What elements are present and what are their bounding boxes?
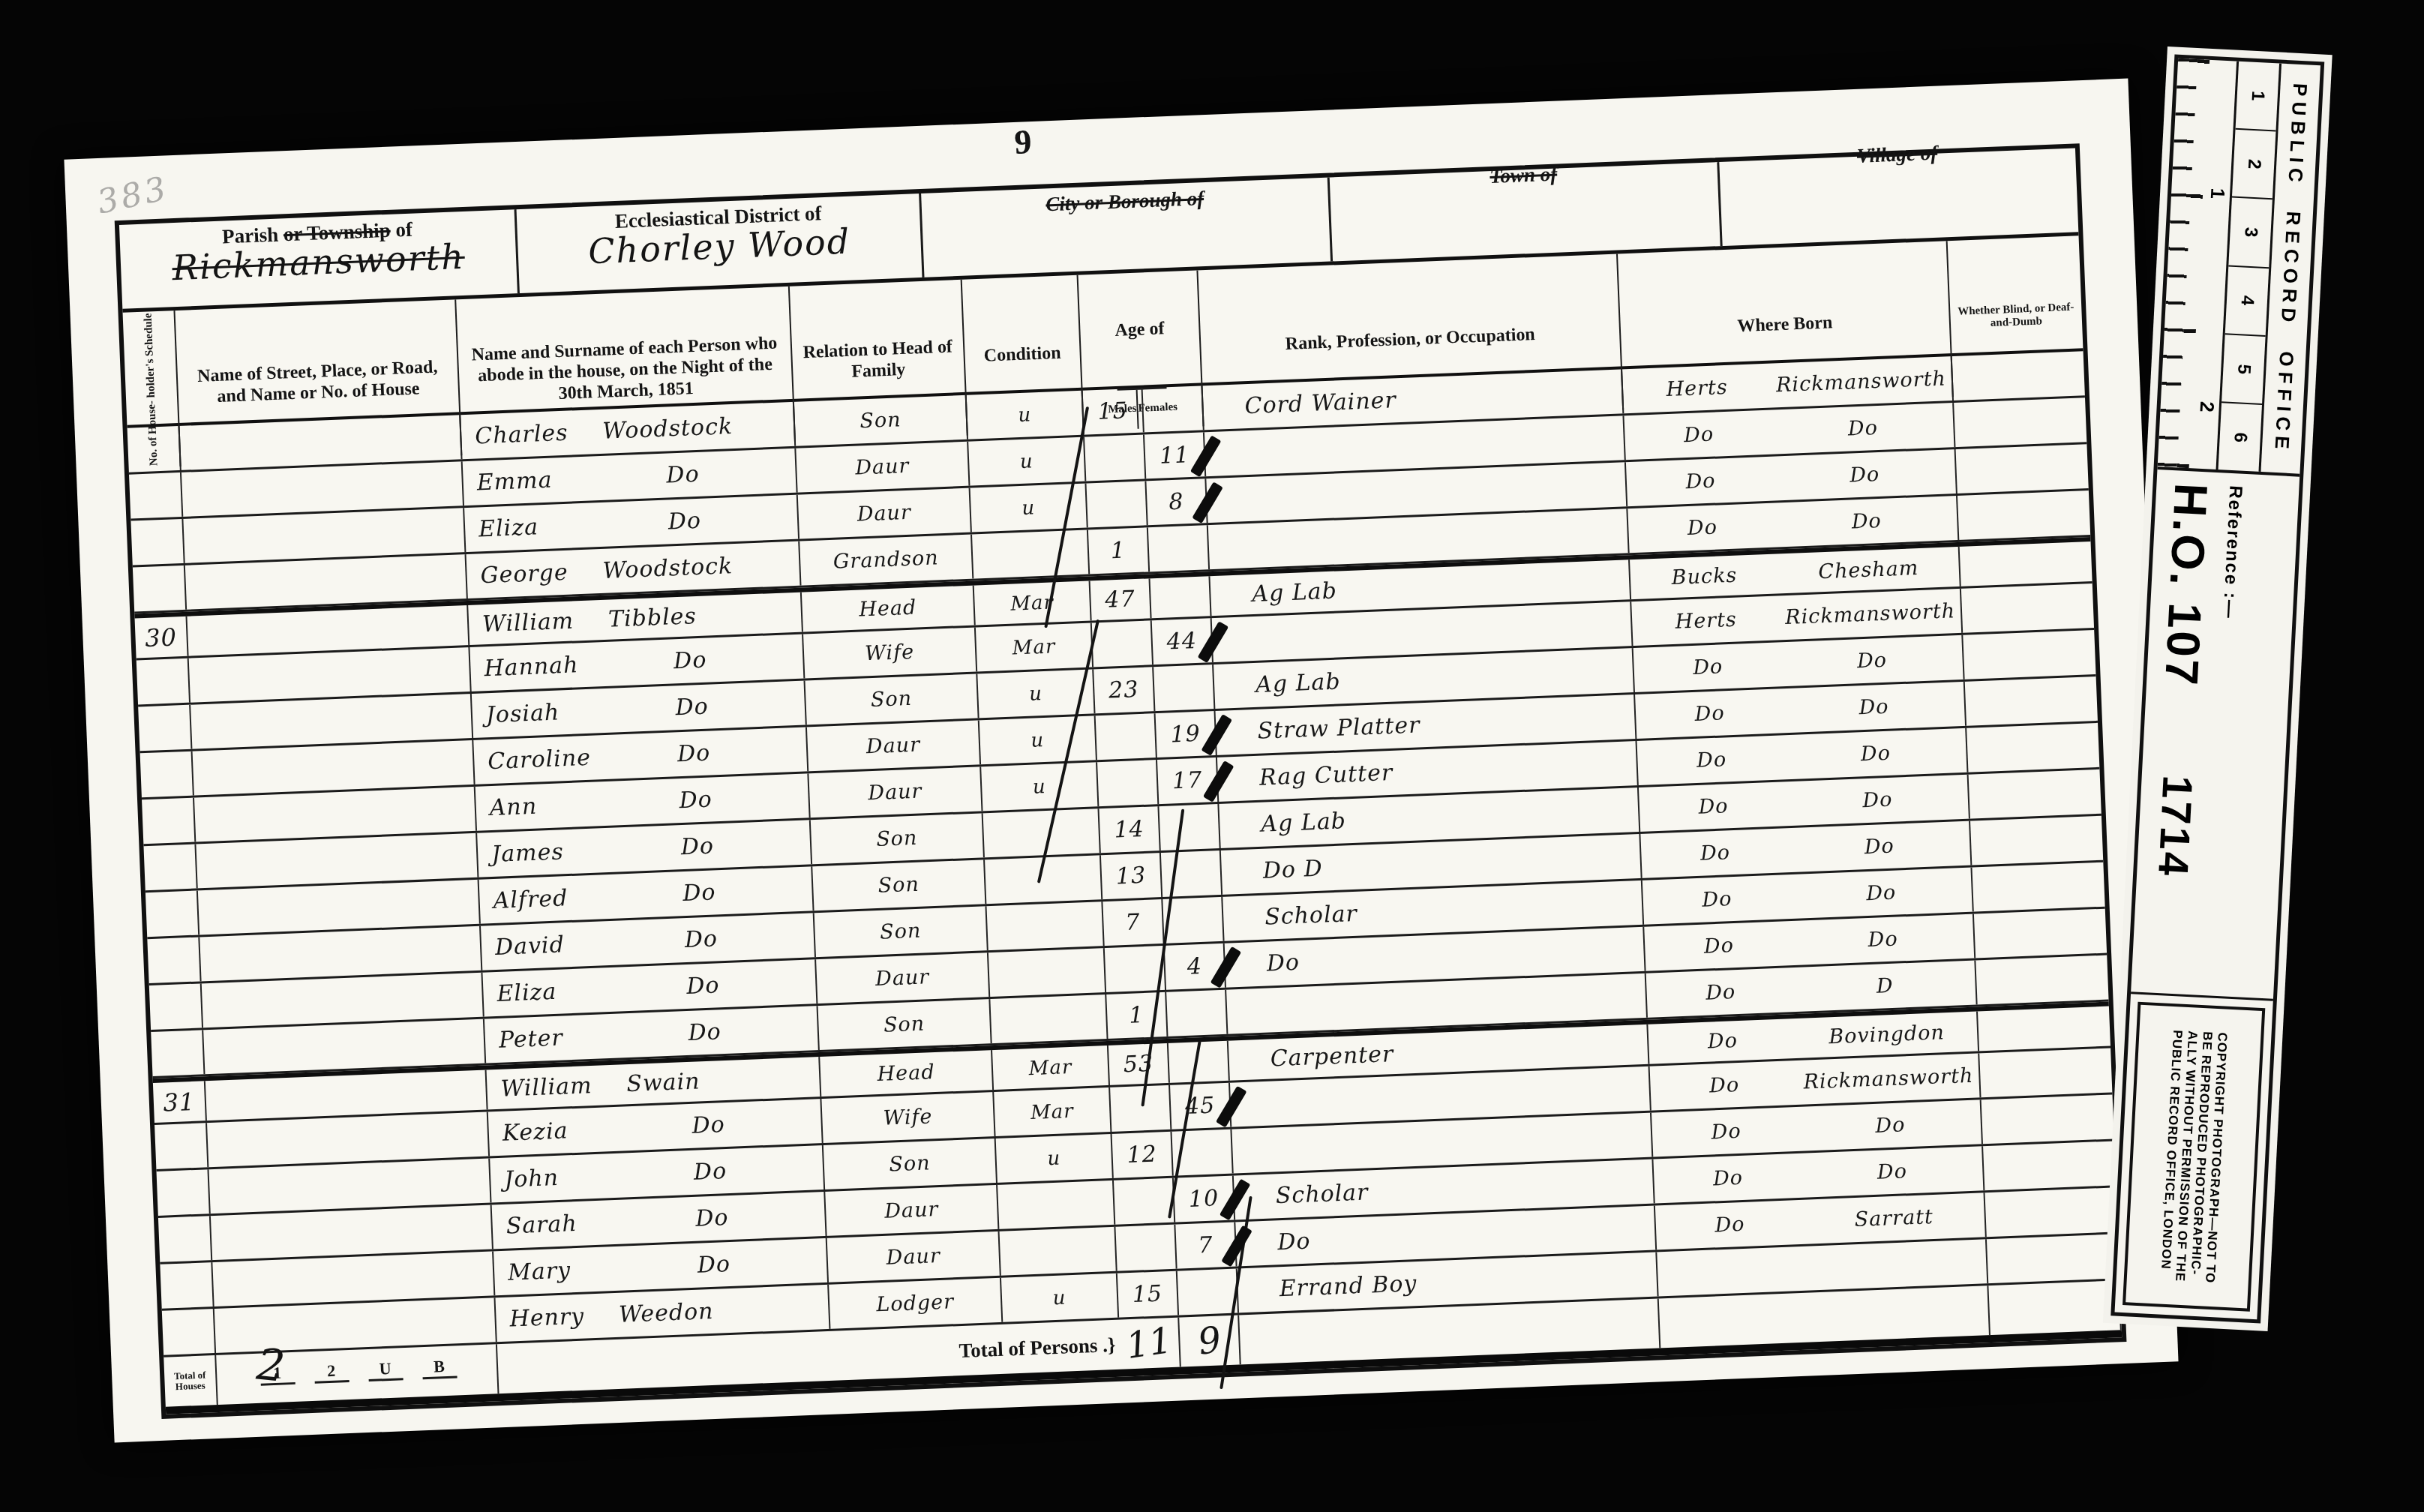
born-place: Do <box>1799 1110 1981 1140</box>
born-place: Sarratt <box>1803 1203 1984 1233</box>
relation-cell: Daur <box>816 952 990 1003</box>
houses-written-total: 2 <box>254 1338 287 1391</box>
age-males-cell <box>1115 1225 1177 1271</box>
blind-deaf-cell <box>1979 1048 2112 1098</box>
total-males-value: 11 <box>1123 1319 1174 1367</box>
cm-box: 5 <box>2221 334 2266 405</box>
given-name: Ann <box>489 793 538 821</box>
town-cell: Town of <box>1330 162 1723 261</box>
houses-mark: 2 <box>313 1360 349 1384</box>
age-females-cell <box>1148 525 1210 571</box>
relation-value: Wife <box>883 1105 933 1130</box>
surname: Do <box>697 1251 730 1279</box>
given-name: William <box>482 608 574 638</box>
given-name: Emma <box>476 467 553 496</box>
total-houses-label: Total of Houses <box>164 1369 216 1393</box>
inch-number: 1 <box>2206 187 2230 199</box>
born-county: Do <box>1655 1210 1804 1240</box>
born-place: Bovingdon <box>1796 1019 1978 1049</box>
condition-value: u <box>1018 403 1032 427</box>
cm-number: 2 <box>2243 158 2265 169</box>
age-males-cell <box>1097 760 1159 806</box>
corner-pencil-mark: 383 <box>94 169 172 222</box>
born-place <box>1805 1261 1986 1268</box>
age-males-value: 15 <box>1132 1280 1163 1308</box>
col-name-label: Name and Surname of each Person who abod… <box>461 334 790 409</box>
schedule-number-cell <box>142 798 196 844</box>
totals-empty <box>1988 1280 2121 1335</box>
total-males-cell: 11 <box>1119 1318 1181 1369</box>
schedule-number-cell <box>136 658 190 705</box>
given-name: Eliza <box>496 979 557 1007</box>
relation-cell: Wife <box>803 627 977 678</box>
age-females-cell: 4 <box>1165 943 1226 990</box>
age-males-value: 1 <box>1129 1002 1144 1029</box>
relation-value: Son <box>870 687 912 712</box>
relation-cell: Grandson <box>799 535 973 586</box>
surname: Do <box>680 832 714 860</box>
age-females-cell <box>1177 1268 1239 1315</box>
born-place: Do <box>1781 646 1963 676</box>
relation-value: Head <box>859 596 917 622</box>
born-place: Do <box>1772 413 1954 443</box>
relation-cell: Daur <box>796 442 970 493</box>
relation-value: Grandson <box>832 546 939 574</box>
condition-cell: Mar <box>992 1045 1110 1090</box>
condition-value: u <box>1032 775 1046 798</box>
born-county: Do <box>1648 1027 1797 1056</box>
born-place: Do <box>1783 692 1965 722</box>
age-males-cell <box>1110 1085 1171 1132</box>
surname: Woodstock <box>602 413 733 445</box>
schedule-number-cell <box>154 1123 208 1169</box>
surname: Do <box>695 1204 729 1232</box>
relation-value: Daur <box>884 1198 939 1223</box>
born-place: Do <box>1785 739 1966 769</box>
age-males-value: 13 <box>1115 862 1147 890</box>
relation-cell: Daur <box>825 1185 999 1236</box>
age-females-cell: 10 <box>1174 1176 1235 1222</box>
age-males-cell: 1 <box>1088 527 1150 574</box>
blind-deaf-cell <box>1972 862 2104 912</box>
condition-cell <box>983 808 1101 857</box>
surname: Do <box>667 508 701 535</box>
born-county: Do <box>1652 1117 1801 1147</box>
occupation-value: Do <box>1266 949 1300 977</box>
given-name: Caroline <box>487 745 592 775</box>
schedule-number-cell <box>147 937 201 983</box>
blind-deaf-cell <box>1956 444 2089 493</box>
given-name: William <box>500 1072 592 1102</box>
schedule-number-cell <box>143 844 197 891</box>
schedule-number-cell <box>162 1309 216 1355</box>
reference-section: H.O. 107 1714 Reference :— <box>2131 469 2299 999</box>
relation-value: Daur <box>855 454 910 480</box>
census-sheet: Parish or Township of Rickmansworth Eccl… <box>115 143 2127 1419</box>
surname: Do <box>676 740 710 768</box>
age-females-cell: 11 <box>1144 432 1206 478</box>
relation-value: Son <box>876 826 918 851</box>
condition-cell: u <box>981 762 1099 811</box>
born-county: Do <box>1633 652 1782 682</box>
relation-cell: Son <box>823 1138 997 1189</box>
schedule-number-cell <box>127 426 181 472</box>
cm-box: 4 <box>2225 266 2269 337</box>
condition-cell: u <box>996 1134 1114 1183</box>
relation-value: Son <box>889 1151 931 1176</box>
age-males-value: 1 <box>1110 538 1126 565</box>
occupation-value: Do <box>1277 1228 1311 1256</box>
houses-mark: B <box>421 1356 457 1379</box>
copyright-text: COPYRIGHT PHOTOGRAPH—NOT TO BE REPRODUCE… <box>2156 1030 2231 1284</box>
schedule-number-cell <box>145 890 199 937</box>
blind-deaf-cell <box>1954 397 2086 447</box>
cm-number: 4 <box>2236 295 2258 307</box>
schedule-number-cell <box>157 1169 211 1216</box>
given-name: Alfred <box>493 885 568 914</box>
relation-value: Son <box>859 408 901 433</box>
age-males-cell: 15 <box>1117 1271 1179 1318</box>
schedule-number-cell <box>151 1030 205 1076</box>
relation-cell: Daur <box>807 720 981 771</box>
blind-deaf-cell <box>1965 676 2098 726</box>
condition-cell: Mar <box>976 622 1093 671</box>
born-county: Do <box>1628 513 1777 542</box>
surname: Swain <box>626 1068 700 1097</box>
col-occupation-label: Rank, Profession, or Occupation <box>1285 325 1535 355</box>
occupation-value: Errand Boy <box>1279 1270 1417 1302</box>
born-place: Do <box>1789 832 1970 862</box>
relation-value: Lodger <box>876 1290 955 1316</box>
surname: Do <box>682 879 716 907</box>
condition-cell: Mar <box>974 580 1092 625</box>
given-name: Henry <box>509 1303 585 1333</box>
village-label: Village of <box>1719 136 2076 173</box>
given-name: Charles <box>475 420 569 450</box>
condition-value: u <box>1047 1147 1061 1170</box>
age-males-cell: 13 <box>1101 853 1162 899</box>
occupation-value: Rag Cutter <box>1258 760 1393 791</box>
age-males-cell <box>1114 1178 1175 1225</box>
copyright-section: COPYRIGHT PHOTOGRAPH—NOT TO BE REPRODUCE… <box>2115 991 2273 1319</box>
born-place: Do <box>1792 925 1974 955</box>
schedule-number-cell <box>129 472 183 519</box>
occupation-value: Scholar <box>1264 901 1358 931</box>
surname: Do <box>691 1111 725 1139</box>
condition-cell <box>986 901 1104 950</box>
born-county: Herts <box>1632 606 1780 635</box>
relation-cell: Daur <box>827 1231 1001 1282</box>
given-name: James <box>491 838 565 868</box>
condition-value: Mar <box>1028 1055 1072 1079</box>
relation-value: Daur <box>865 733 920 759</box>
occupation-value: Scholar <box>1275 1180 1369 1210</box>
age-females-cell <box>1166 990 1228 1036</box>
age-females-cell: 44 <box>1152 618 1213 664</box>
cm-number: 3 <box>2239 226 2261 238</box>
relation-cell: Son <box>818 999 992 1050</box>
condition-cell: Mar <box>994 1087 1111 1136</box>
age-males-cell <box>1092 620 1153 667</box>
condition-cell: u <box>1001 1273 1119 1322</box>
age-males-value: 14 <box>1114 816 1145 844</box>
record-rows: Charles Woodstock Son u 15 Cord Wainer H… <box>127 351 2120 1357</box>
condition-value: u <box>1019 450 1033 473</box>
blind-deaf-cell <box>1960 541 2092 586</box>
born-place: Do <box>1776 506 1957 536</box>
schedule-number-cell <box>130 519 184 565</box>
age-females-cell: 17 <box>1157 757 1219 804</box>
born-place: Chesham <box>1777 555 1959 585</box>
occupation-value: Ag Lab <box>1255 668 1342 697</box>
age-females-cell <box>1153 664 1215 711</box>
blind-deaf-cell <box>1975 955 2108 1005</box>
blind-deaf-cell <box>1974 909 2107 958</box>
given-name: George <box>480 559 568 589</box>
schedule-number-cell <box>133 565 187 612</box>
reference-series: H.O. 107 <box>2154 482 2218 688</box>
occupation-value: Carpenter <box>1270 1041 1394 1072</box>
schedule-number-cell <box>140 751 194 798</box>
age-females-value: 10 <box>1188 1185 1219 1213</box>
district-cell: Ecclesiastical District of Chorley Wood <box>517 193 925 293</box>
born-place: Do <box>1801 1156 1983 1186</box>
born-county: Do <box>1642 885 1791 914</box>
cm-number: 6 <box>2229 432 2251 443</box>
surname: Tibbles <box>607 603 697 633</box>
relation-value: Daur <box>875 965 930 991</box>
given-name: Kezia <box>502 1117 568 1146</box>
occupation-value: Ag Lab <box>1252 578 1338 607</box>
given-name: Peter <box>498 1025 563 1054</box>
relation-cell: Son <box>814 906 988 957</box>
condition-cell <box>1000 1227 1117 1276</box>
blind-deaf-cell <box>1957 490 2090 540</box>
born-county: Do <box>1641 838 1789 868</box>
age-females-cell: 45 <box>1170 1083 1231 1129</box>
blind-deaf-cell <box>1963 630 2095 679</box>
measuring-ruler: 1 2 1 2 3 4 5 6 PUBLIC RECORD OFFICE <box>2157 58 2320 477</box>
pro-reference-strip: 1 2 1 2 3 4 5 6 PUBLIC RECORD OFFICE H.O… <box>2103 46 2332 1331</box>
condition-value: u <box>1021 496 1036 520</box>
relation-value: Daur <box>868 779 922 805</box>
village-cell: Village of <box>1719 148 2078 246</box>
cm-box: 3 <box>2228 198 2272 268</box>
given-name: Eliza <box>478 514 539 542</box>
age-males-cell: 53 <box>1108 1043 1170 1085</box>
schedule-number-cell <box>149 983 203 1030</box>
schedule-number-cell: 31 <box>153 1081 207 1123</box>
born-county <box>1657 1268 1805 1274</box>
age-females-value: 17 <box>1171 767 1203 795</box>
age-females-cell <box>1143 385 1204 432</box>
condition-cell <box>997 1180 1115 1229</box>
parish-cell: Parish or Township of Rickmansworth <box>119 209 520 309</box>
blind-deaf-cell <box>1970 816 2103 865</box>
surname: Do <box>679 786 712 814</box>
born-county: Do <box>1636 699 1784 728</box>
col-blind-label: Whether Blind, or Deaf-and-Dumb <box>1953 301 2079 331</box>
age-males-value: 7 <box>1125 909 1141 936</box>
surname: Do <box>693 1158 727 1186</box>
age-males-cell: 7 <box>1102 899 1164 946</box>
condition-value: u <box>1028 682 1042 706</box>
age-females-value: 4 <box>1186 953 1202 980</box>
born-place: Rickmansworth <box>1780 599 1961 629</box>
schedule-number: 31 <box>163 1087 196 1117</box>
relation-value: Son <box>883 1012 925 1037</box>
given-name: Sarah <box>505 1210 577 1240</box>
age-females-value: 44 <box>1166 628 1198 655</box>
schedule-number-cell <box>160 1262 214 1309</box>
relation-cell: Son <box>794 395 968 446</box>
condition-cell: u <box>979 715 1097 764</box>
census-page: 383 9 Parish or Township of Rickmanswort… <box>64 79 2178 1443</box>
age-males-value: 12 <box>1126 1141 1158 1169</box>
relation-cell: Son <box>805 673 979 724</box>
born-place: D <box>1794 971 1975 1001</box>
relation-cell: Son <box>811 813 985 864</box>
cm-box: 6 <box>2218 403 2262 472</box>
condition-cell <box>988 948 1106 997</box>
surname: Woodstock <box>602 553 733 584</box>
born-county: Do <box>1645 931 1793 961</box>
blind-deaf-cell <box>1983 1141 2116 1190</box>
condition-value: u <box>1030 729 1045 752</box>
born-county: Do <box>1626 467 1774 496</box>
cm-box: 2 <box>2232 130 2276 200</box>
age-females-value: 8 <box>1168 488 1184 515</box>
surname: Do <box>686 972 720 1000</box>
schedule-number: 30 <box>144 622 177 652</box>
age-males-cell <box>1096 713 1157 760</box>
born-county: Do <box>1654 1164 1802 1193</box>
relation-value: Son <box>880 919 922 944</box>
condition-value: u <box>1052 1286 1066 1309</box>
occupation-value: Ag Lab <box>1261 808 1347 837</box>
age-males-cell: 23 <box>1093 667 1155 713</box>
given-name: David <box>494 931 565 961</box>
town-label: Town of <box>1329 156 1717 194</box>
age-females-value: 11 <box>1159 442 1190 469</box>
age-males-cell: 12 <box>1112 1132 1174 1178</box>
age-males-cell: 1 <box>1106 992 1168 1039</box>
inch-number: 2 <box>2194 400 2218 412</box>
relation-value: Son <box>877 873 919 898</box>
age-females-cell <box>1162 897 1224 943</box>
condition-value: Mar <box>1030 1099 1074 1123</box>
born-place: Rickmansworth <box>1771 367 1952 397</box>
age-females-value: 7 <box>1198 1232 1213 1259</box>
surname: Weedon <box>618 1298 714 1328</box>
total-females-value: 9 <box>1195 1318 1223 1363</box>
col-relation-label: Relation to Head of Family <box>795 337 961 385</box>
born-place: Do <box>1790 878 1972 908</box>
reference-piece: 1714 <box>2149 774 2203 879</box>
relation-cell: Head <box>802 586 976 632</box>
born-county: Do <box>1646 978 1795 1007</box>
col-condition-label: Condition <box>983 343 1061 367</box>
born-county: Do <box>1650 1071 1798 1100</box>
surname: Do <box>675 694 709 721</box>
relation-cell: Son <box>812 859 986 910</box>
age-males-cell: 14 <box>1099 806 1160 853</box>
age-females-cell: 19 <box>1156 711 1217 757</box>
occupation-value: Straw Platter <box>1257 712 1420 744</box>
born-county: Do <box>1639 792 1787 821</box>
blind-deaf-cell <box>1985 1187 2118 1237</box>
given-name: Mary <box>508 1257 571 1285</box>
surname: Do <box>666 461 700 489</box>
born-county: Do <box>1637 745 1786 775</box>
age-males-value: 47 <box>1105 586 1136 613</box>
strip-frame: 1 2 1 2 3 4 5 6 PUBLIC RECORD OFFICE H.O… <box>2110 54 2324 1323</box>
blind-deaf-cell <box>1969 769 2101 819</box>
given-name: Josiah <box>485 699 560 728</box>
cm-number: 1 <box>2247 90 2269 101</box>
relation-cell: Daur <box>798 488 972 539</box>
city-label: City or Borough of <box>921 182 1328 221</box>
born-county: Do <box>1624 421 1773 450</box>
age-females-cell: 7 <box>1175 1222 1237 1268</box>
blind-deaf-cell <box>1952 351 2085 400</box>
houses-mark: U <box>367 1358 403 1381</box>
age-males-cell <box>1086 481 1147 527</box>
occupation-value: Cord Wainer <box>1244 387 1396 419</box>
born-place: Do <box>1774 460 1955 490</box>
age-males-value: 15 <box>1097 397 1129 425</box>
age-females-value: 19 <box>1170 721 1201 748</box>
total-houses-cell: Total of Houses <box>163 1355 218 1407</box>
blind-deaf-cell <box>1961 583 2094 633</box>
occupation-value: Do D <box>1262 856 1323 884</box>
surname: Do <box>688 1018 721 1046</box>
cm-number: 5 <box>2233 364 2254 375</box>
relation-value: Head <box>877 1060 935 1086</box>
surname: Do <box>673 647 707 675</box>
born-place: Rickmansworth <box>1798 1063 1979 1093</box>
relation-cell: Head <box>820 1050 994 1096</box>
condition-cell <box>990 994 1108 1043</box>
reference-label: Reference :— <box>2218 485 2245 620</box>
col-age-label: Age of <box>1114 319 1165 341</box>
schedule-number-cell <box>158 1216 212 1262</box>
relation-value: Daur <box>886 1244 940 1270</box>
age-females-cell <box>1150 576 1212 618</box>
age-males-value: 23 <box>1108 676 1140 704</box>
copyright-box: COPYRIGHT PHOTOGRAPH—NOT TO BE REPRODUCE… <box>2122 1002 2265 1312</box>
relation-cell: Daur <box>808 766 982 817</box>
relation-cell: Wife <box>821 1092 995 1143</box>
relation-cell: Lodger <box>829 1278 1003 1329</box>
age-males-cell <box>1084 434 1146 481</box>
cm-box: 1 <box>2236 61 2280 132</box>
age-males-cell: 47 <box>1090 578 1152 620</box>
given-name: John <box>504 1165 559 1193</box>
surname: Do <box>684 925 718 953</box>
city-cell: City or Borough of <box>921 177 1333 277</box>
page-number: 9 <box>1013 121 1032 162</box>
born-county: Bucks <box>1630 562 1778 591</box>
blind-deaf-cell <box>1981 1094 2114 1144</box>
age-females-cell: 8 <box>1146 478 1207 525</box>
relation-value: Daur <box>856 501 911 526</box>
born-place: Do <box>1786 785 1968 815</box>
condition-value: Mar <box>1012 635 1056 659</box>
blind-deaf-cell <box>1978 1006 2110 1051</box>
schedule-number-cell <box>138 705 192 751</box>
age-females-cell <box>1159 804 1220 850</box>
